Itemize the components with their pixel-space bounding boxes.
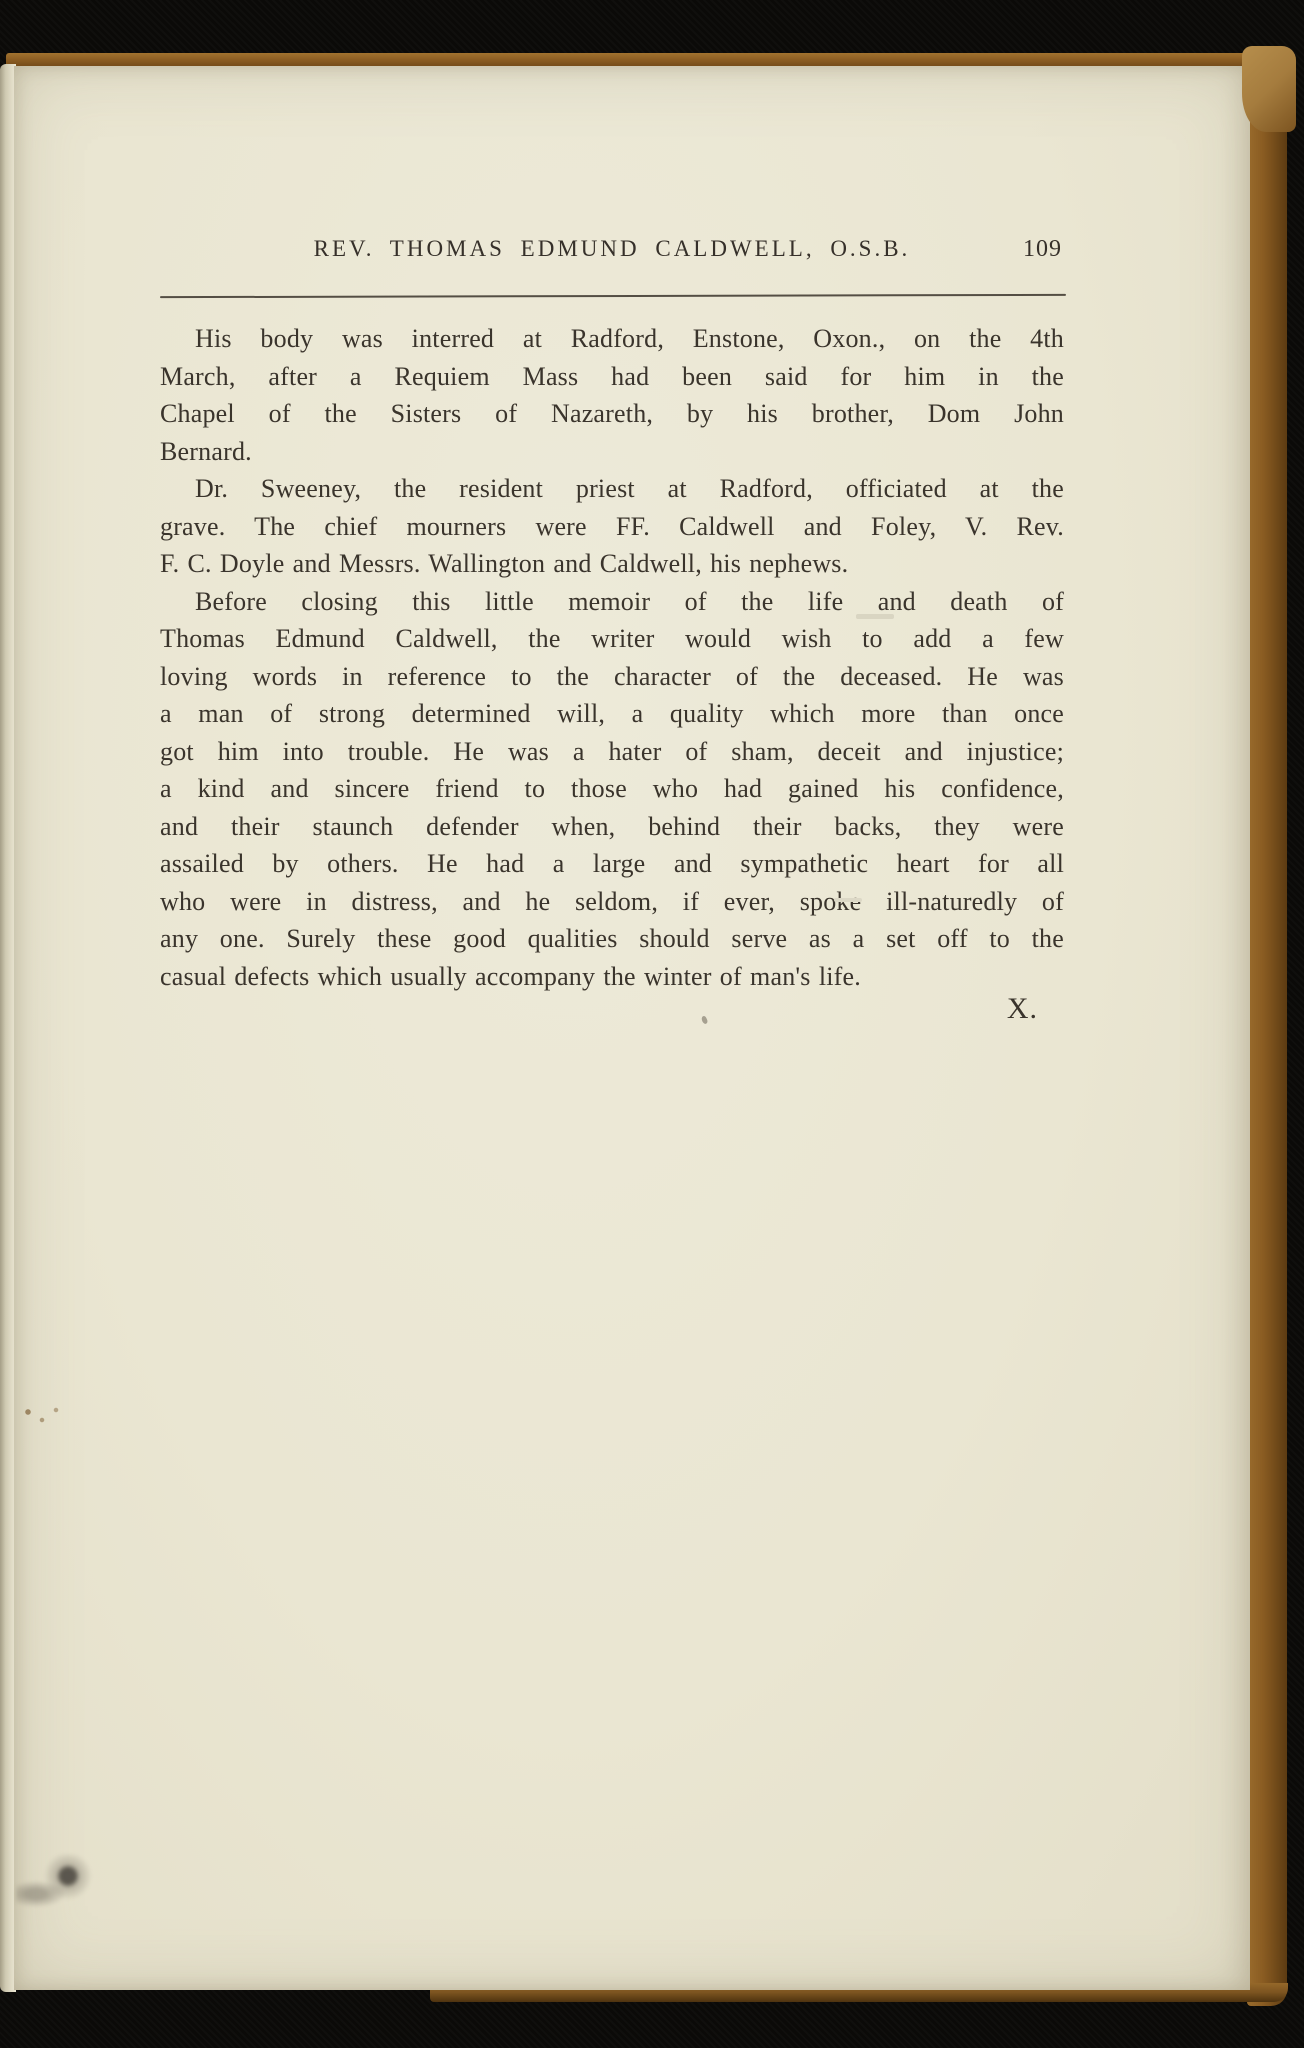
text-line: Dr. Sweeney, the resident priest at Radf… [160, 470, 1064, 508]
book-cover-right-edge [1247, 50, 1287, 2006]
text-line: Chapel of the Sisters of Nazareth, by hi… [160, 395, 1064, 433]
text-line: and their staunch defender when, behind … [160, 808, 1064, 846]
text-line: any one. Surely these good qualities sho… [160, 920, 1064, 958]
text-line: Bernard. [160, 433, 1064, 471]
text-line: assailed by others. He had a large and s… [160, 845, 1064, 883]
text-line: grave. The chief mourners were FF. Caldw… [160, 508, 1064, 546]
text-line: His body was interred at Radford, Enston… [160, 320, 1064, 358]
text-line: March, after a Requiem Mass had been sai… [160, 358, 1064, 396]
ink-bleedthrough-mark [856, 614, 894, 619]
ink-bleedthrough-mark [834, 898, 862, 902]
book-cover-corner [1242, 46, 1296, 132]
text-column: His body was interred at Radford, Enston… [160, 320, 1064, 995]
scanned-book-photo: REV. THOMAS EDMUND CALDWELL, O.S.B. 109 … [0, 0, 1304, 2048]
signature-initial: X. [160, 992, 1064, 1026]
header-rule [160, 294, 1066, 298]
header-title: REV. THOMAS EDMUND CALDWELL, O.S.B. [160, 236, 1064, 262]
ink-smudge [16, 1854, 126, 1924]
text-line: F. C. Doyle and Messrs. Wallington and C… [160, 545, 1064, 583]
text-line: casual defects which usually accompany t… [160, 958, 1064, 996]
text-line: got him into trouble. He was a hater of … [160, 733, 1064, 771]
page-number: 109 [1023, 236, 1062, 263]
running-header: REV. THOMAS EDMUND CALDWELL, O.S.B. 109 [160, 236, 1064, 268]
text-line: who were in distress, and he seldom, if … [160, 883, 1064, 921]
text-line: loving words in reference to the charact… [160, 658, 1064, 696]
text-line: a man of strong determined will, a quali… [160, 695, 1064, 733]
page-edge-spots [22, 1404, 66, 1430]
book-page: REV. THOMAS EDMUND CALDWELL, O.S.B. 109 … [14, 66, 1250, 1990]
text-line: Before closing this little memoir of the… [160, 583, 1064, 621]
text-line: Thomas Edmund Caldwell, the writer would… [160, 620, 1064, 658]
text-line: a kind and sincere friend to those who h… [160, 770, 1064, 808]
